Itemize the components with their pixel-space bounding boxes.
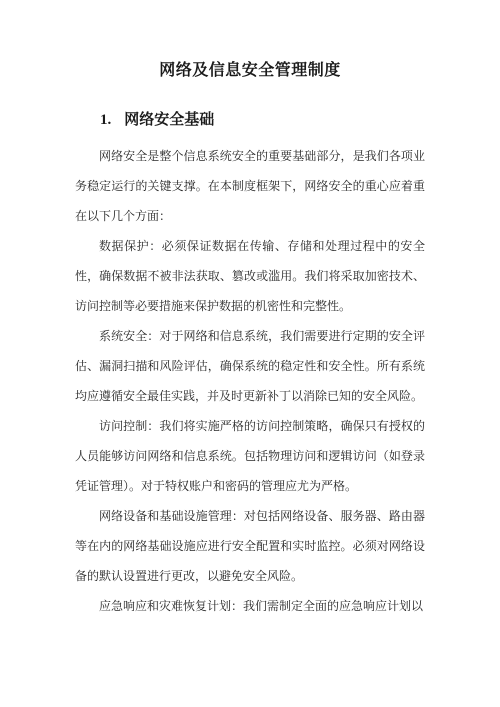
document-page: 网络及信息安全管理制度 1.网络安全基础 网络安全是整个信息系统安全的重要基础部… [0,0,500,707]
paragraph: 应急响应和灾难恢复计划：我们需制定全面的应急响应计划以 [75,591,425,621]
paragraph: 网络安全是整个信息系统安全的重要基础部分，是我们各项业务稳定运行的关键支撑。在本… [75,141,425,231]
section-heading: 1.网络安全基础 [100,108,425,132]
paragraph: 访问控制：我们将实施严格的访问控制策略，确保只有授权的人员能够访问网络和信息系统… [75,411,425,501]
paragraph: 网络设备和基础设施管理：对包括网络设备、服务器、路由器等在内的网络基础设施应进行… [75,501,425,591]
section-number: 1. [100,108,111,132]
paragraph: 系统安全：对于网络和信息系统，我们需要进行定期的安全评估、漏洞扫描和风险评估，确… [75,321,425,411]
document-title: 网络及信息安全管理制度 [0,58,500,84]
paragraph: 数据保护：必须保证数据在传输、存储和处理过程中的安全性，确保数据不被非法获取、篡… [75,231,425,321]
document-body: 网络安全是整个信息系统安全的重要基础部分，是我们各项业务稳定运行的关键支撑。在本… [75,141,425,621]
section-title: 网络安全基础 [124,112,214,128]
